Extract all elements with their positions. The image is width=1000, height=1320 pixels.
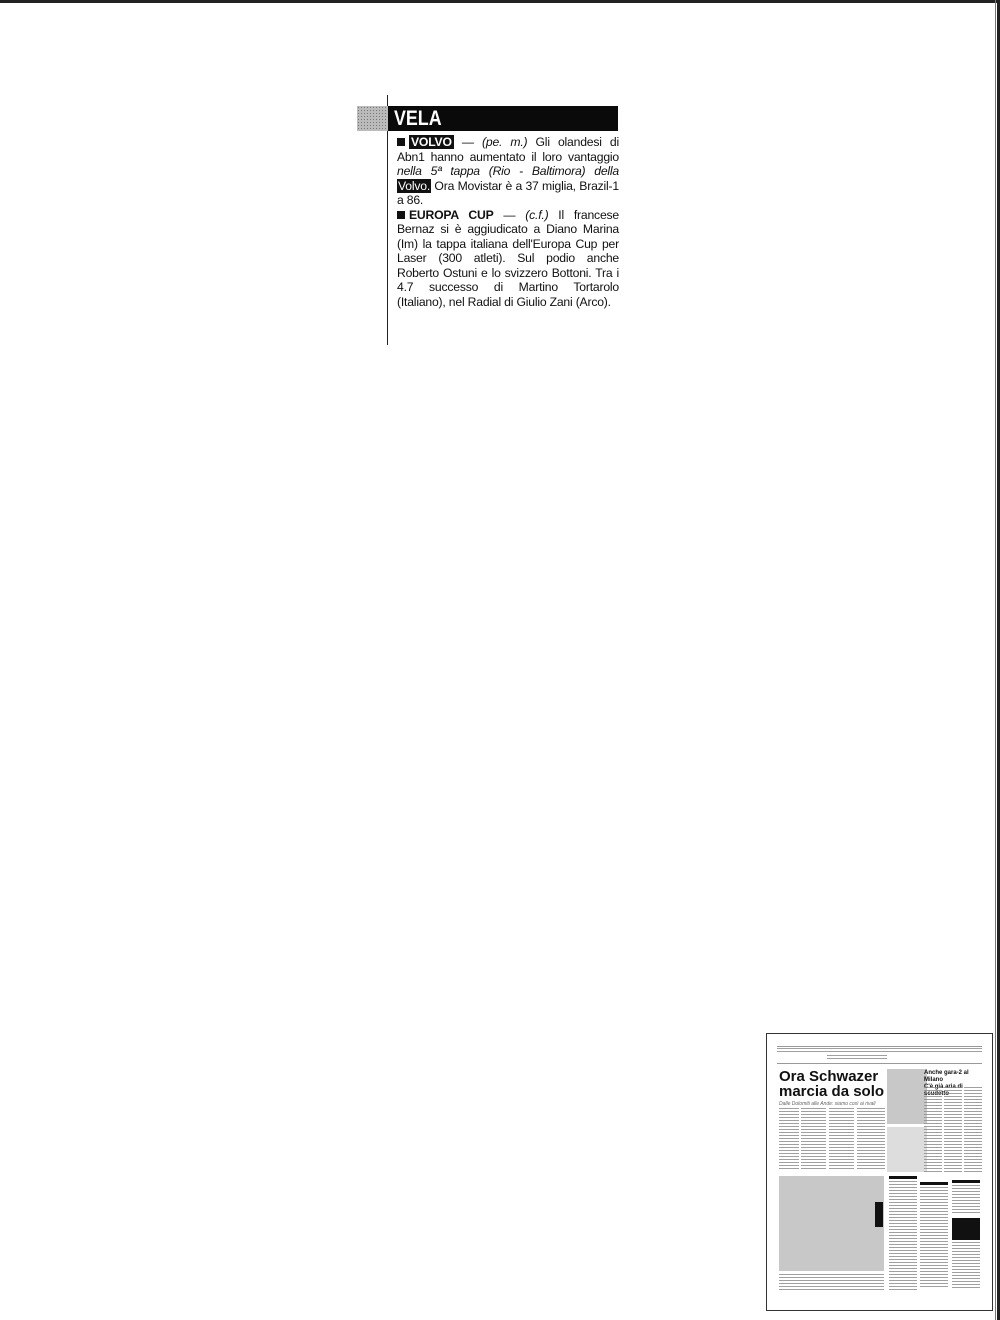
section-header-bar: VELA: [388, 106, 618, 131]
thumb-caption: [779, 1274, 884, 1292]
byline: (pe. m.): [482, 135, 527, 149]
thumb-header-text: [777, 1048, 982, 1052]
thumb-bar: [920, 1182, 948, 1185]
thumb-vertical-label: [875, 1202, 883, 1227]
thumb-black-box: [952, 1218, 980, 1240]
article-clipping: VELA VOLVO — (pe. m.) Gli olandesi di Ab…: [357, 95, 622, 345]
thumb-col: [944, 1087, 962, 1172]
square-bullet-icon: [397, 211, 405, 219]
thumb-headline: Ora Schwazer marcia da solo: [779, 1069, 884, 1099]
byline: (c.f.): [525, 208, 548, 222]
thumb-col: [801, 1108, 826, 1170]
kicker-volvo: VOLVO: [409, 135, 454, 149]
thumb-subhead: Dalle Dolomiti alle Ande: siamo così ai …: [779, 1101, 876, 1107]
page-thumbnail[interactable]: Ora Schwazer marcia da solo Dalle Dolomi…: [766, 1033, 993, 1311]
halftone-patch: [357, 106, 388, 131]
square-bullet-icon: [397, 138, 405, 146]
thumb-col: [857, 1108, 885, 1170]
thumb-rule: [777, 1063, 982, 1064]
thumb-illustration: [887, 1069, 927, 1124]
thumb-bar: [889, 1176, 917, 1179]
thumb-table: [952, 1242, 980, 1290]
section-title: VELA: [394, 106, 442, 131]
thumbnail-page: Ora Schwazer marcia da solo Dalle Dolomi…: [777, 1042, 982, 1297]
thumb-col: [829, 1108, 854, 1170]
thumb-col: [889, 1181, 917, 1291]
thumb-col: [920, 1187, 948, 1287]
column-rule: [387, 95, 388, 345]
thumb-col: [952, 1185, 980, 1215]
thumb-col: [779, 1108, 799, 1170]
news-item-volvo: VOLVO — (pe. m.) Gli olandesi di Abn1 ha…: [397, 135, 619, 208]
kicker-europa-cup: EUROPA CUP: [409, 208, 494, 222]
thumb-col: [964, 1087, 982, 1172]
page-border-right-inner: [995, 0, 996, 1320]
page-border-top: [0, 0, 998, 3]
thumb-col: [924, 1087, 942, 1172]
inverse-word: Volvo.: [397, 179, 431, 193]
thumb-header-rule: [777, 1046, 982, 1047]
article-body: VOLVO — (pe. m.) Gli olandesi di Abn1 ha…: [397, 135, 619, 309]
thumb-photo-glove: [779, 1176, 884, 1271]
thumb-map: [887, 1127, 927, 1172]
thumb-strap: [827, 1055, 887, 1061]
news-item-europa-cup: EUROPA CUP — (c.f.) Il francese Bernaz s…: [397, 208, 619, 310]
thumb-bar: [952, 1180, 980, 1183]
